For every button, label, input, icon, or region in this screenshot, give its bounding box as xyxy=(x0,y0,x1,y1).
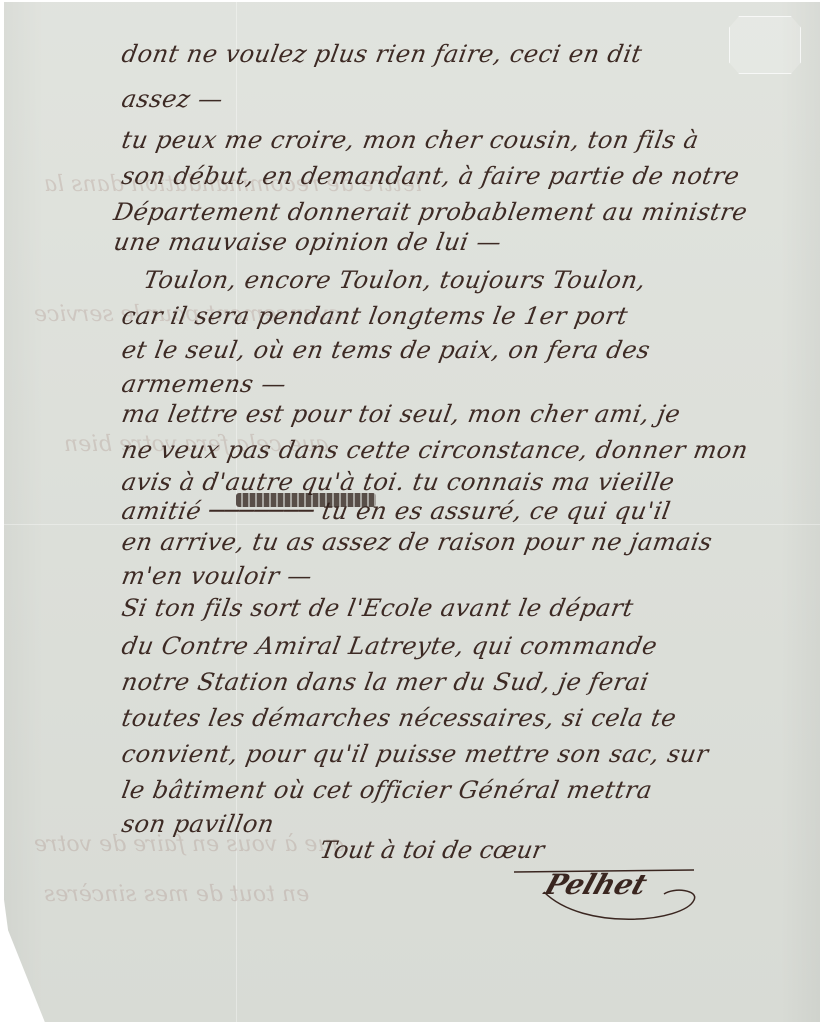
letter-line: Département donnerait probablement au mi… xyxy=(112,198,750,226)
letter-line: ma lettre est pour toi seul, mon cher am… xyxy=(120,400,683,428)
letter-closing: Tout à toi de cœur xyxy=(318,836,547,864)
letter-line: son pavillon xyxy=(120,810,277,838)
letter-line: m'en vouloir — xyxy=(120,562,315,590)
letter-line: Si ton fils sort de l'Ecole avant le dép… xyxy=(120,594,636,622)
letter-line: du Contre Amiral Latreyte, qui commande xyxy=(120,632,660,660)
letter-line: le bâtiment où cet officier Général mett… xyxy=(120,776,655,804)
letter-line: son début, en demandant, à faire partie … xyxy=(120,162,742,190)
letter-line: convient, pour qu'il puisse mettre son s… xyxy=(120,740,711,768)
letter-line: notre Station dans la mer du Sud, je fer… xyxy=(120,668,652,696)
letter-line: une mauvaise opinion de lui — xyxy=(112,228,504,256)
letter-line: Toulon, encore Toulon, toujours Toulon, xyxy=(142,266,649,294)
letter-line: toutes les démarches nécessaires, si cel… xyxy=(120,704,679,732)
letter-line: et le seul, où en tems de paix, on fera … xyxy=(120,336,653,364)
embossed-stamp-icon xyxy=(729,16,801,74)
letter-line: ne veux pas dans cette circonstance, don… xyxy=(120,436,751,464)
letter-line: tu peux me croire, mon cher cousin, ton … xyxy=(120,126,702,154)
letter-line: car il sera pendant longtems le 1er port xyxy=(120,302,631,330)
letter-line: en arrive, tu as assez de raison pour ne… xyxy=(120,528,715,556)
letter-paper: lettre de recommandation dans la avancem… xyxy=(4,2,820,1022)
bleed-through-text: en tout de mes sincères xyxy=(44,882,309,907)
letter-line: assez — xyxy=(120,85,226,113)
letter-line: armemens — xyxy=(120,370,289,398)
letter-line: amitié ─────── tu en es assuré, ce qui q… xyxy=(120,497,673,525)
letter-line: dont ne voulez plus rien faire, ceci en … xyxy=(120,40,645,68)
letter-line: avis à d'autre qu'à toi. tu connais ma v… xyxy=(120,468,677,496)
crossed-out-text xyxy=(236,493,376,507)
signature-flourish-icon xyxy=(494,862,714,932)
